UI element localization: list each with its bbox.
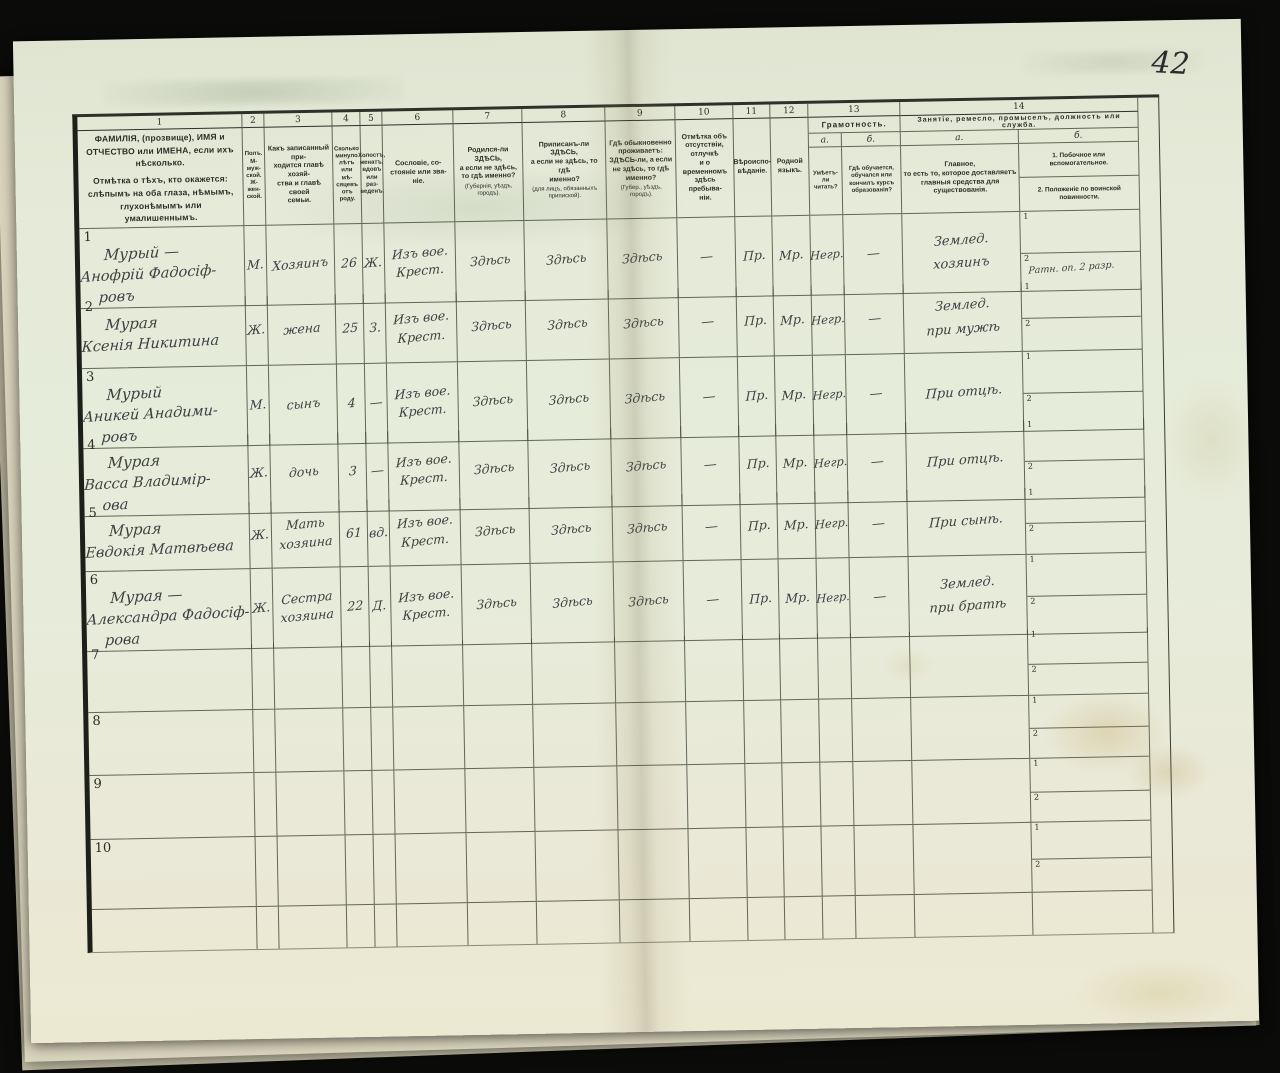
cell-literacy: Негр.	[812, 285, 846, 356]
cell-residence: Здѣсь	[609, 288, 680, 359]
cell-name: 9	[89, 773, 255, 840]
cell-marital: вд.	[367, 500, 390, 567]
cell-birthplace	[465, 768, 535, 833]
cell-marital	[371, 707, 394, 770]
cell-occupation: Землед.при братѣ	[909, 555, 1028, 637]
cell-estate: Изъ вое.Крест.	[391, 565, 463, 646]
cell-relation	[276, 771, 345, 836]
cell-relation: Хозяинъ	[266, 224, 335, 305]
cell-religion	[745, 763, 783, 828]
cell-registration	[535, 830, 619, 902]
cell-occupation	[910, 630, 1029, 698]
cell-literacy: Негр.	[817, 558, 851, 638]
cell-age: 26	[334, 224, 363, 304]
cell-residence: Здѣсь	[614, 561, 685, 642]
cell-side-occupation: 1 2	[1021, 280, 1142, 352]
col-number: 6	[382, 110, 453, 125]
col-number: 3	[264, 112, 332, 127]
header-residence: Гдѣ обыкновеннопроживаетъ:ЗДѢСЬ-ли, а ес…	[605, 120, 677, 219]
cell-estate	[394, 769, 466, 834]
cell-religion: Пр.	[742, 559, 780, 639]
cell-relation	[278, 835, 347, 906]
cell-name: 2 МураяКсенія Никитина	[81, 296, 247, 369]
cell-estate	[396, 833, 468, 904]
header-reads: Умѣетъ-личитать?	[809, 147, 843, 216]
header-occupation-main: Главное,то есть то, которое доставляетъг…	[901, 144, 1020, 214]
cell-name: 7	[87, 644, 253, 713]
cell-language	[781, 700, 820, 764]
cell-age	[346, 835, 375, 906]
cell-education: —	[843, 214, 903, 295]
cell-birthplace: Здѣсь	[455, 221, 525, 302]
cell-residence	[618, 829, 689, 900]
cell-estate: Изъ вое.Крест.	[386, 292, 458, 363]
cell-literacy	[821, 826, 855, 897]
cell-sex	[252, 644, 275, 710]
header-absence: Отмѣтка объотсутствіи, отлучкѣи о времен…	[675, 119, 735, 218]
cell-language: Мр.	[777, 492, 816, 560]
cell-marital: Ж.	[362, 224, 385, 304]
cell-registration: Здѣсь	[531, 562, 615, 643]
cell-side-occupation: 1 2	[1025, 486, 1146, 555]
cell-sex	[254, 773, 277, 837]
cell-relation	[274, 642, 343, 709]
cell-age	[342, 642, 371, 709]
cell-registration	[534, 766, 618, 832]
cell-occupation	[912, 759, 1031, 825]
folio-number: 42	[1151, 45, 1191, 82]
cell-literacy	[818, 633, 852, 700]
cell-language	[783, 827, 822, 898]
cell-language	[780, 634, 819, 701]
scanned-census-sheet: { "page": { "folio_number": "42" }, "tab…	[0, 0, 1280, 1073]
cell-registration: Здѣсь	[524, 219, 608, 300]
cell-birthplace: Здѣсь	[460, 497, 530, 565]
cell-relation: Матьхозяина	[271, 500, 340, 568]
cell-sex	[253, 710, 276, 773]
cell-name: 8	[88, 710, 254, 776]
header-language: Роднойязыкъ.	[770, 118, 810, 217]
cell-language: Мр.	[772, 216, 811, 296]
cell-residence: Здѣсь	[612, 494, 683, 562]
cell-name: 6 Мурая —Александра Фадосіф-рова	[86, 569, 252, 652]
cell-education	[852, 698, 912, 762]
cell-age	[343, 708, 372, 772]
cell-literacy	[820, 762, 854, 827]
cell-religion	[744, 700, 782, 764]
header-registration: Приписанъ-ли ЗДѢСЬ,а если не здѣсь, то г…	[523, 121, 608, 221]
header-religion: Вѣроиспо-вѣданіе.	[733, 118, 772, 217]
cell-estate	[393, 706, 465, 770]
cell-birthplace	[463, 639, 533, 706]
header-marital: Холостъ,женатъ,вдовъили раз-веденъ.	[361, 126, 385, 224]
cell-literacy	[819, 699, 853, 763]
cell-registration: Здѣсь	[526, 289, 610, 361]
cell-absence: —	[682, 493, 741, 561]
cell-age	[344, 771, 373, 836]
cell-registration	[532, 637, 616, 705]
col-number: 11	[733, 104, 770, 119]
cell-religion: Пр.	[735, 216, 773, 296]
cell-relation	[275, 708, 344, 772]
header-letter-a: а.	[809, 133, 842, 148]
cell-age: 22	[341, 567, 370, 647]
cell-sex: Ж.	[251, 569, 274, 649]
cell-side-occupation: 12	[1030, 757, 1151, 823]
header-sex: Полъ.М-муж-ской.Ж-жен-ской.	[243, 128, 267, 226]
cell-education: —	[850, 557, 910, 638]
cell-occupation: Землед.при мужѣ	[904, 282, 1023, 354]
cell-language: Мр.	[779, 559, 818, 639]
col-number: 9	[605, 106, 675, 121]
cell-sex: Ж.	[249, 502, 272, 569]
cell-sex	[256, 837, 279, 907]
cell-religion	[743, 634, 781, 701]
header-age: Сколькоминулолѣтъили мѣ-сяцевъотъ роду.	[333, 126, 363, 224]
cell-birthplace: Здѣсь	[457, 291, 527, 362]
cell-religion: Пр.	[737, 286, 775, 357]
cell-sex: Ж.	[246, 296, 269, 366]
cell-marital: З.	[364, 294, 387, 364]
cell-relation: жена	[268, 294, 337, 365]
cell-occupation	[913, 823, 1032, 895]
cell-age: 25	[336, 294, 365, 365]
cell-literacy: Негр.	[810, 215, 844, 295]
cell-education: —	[848, 490, 908, 558]
header-names: ФАМИЛІЯ, (прозвище), ИМЯ и ОТЧЕСТВО или …	[78, 128, 245, 229]
cell-side-occupation: 1 2	[1027, 553, 1148, 635]
cell-occupation	[911, 696, 1030, 761]
cell-registration	[533, 703, 617, 768]
cell-marital	[370, 641, 393, 707]
cell-age: 61	[339, 500, 368, 568]
col-number: 5	[360, 112, 382, 126]
cell-absence	[685, 635, 744, 702]
cell-absence	[687, 764, 746, 829]
cell-sex: М.	[244, 226, 267, 306]
header-estate: Сословіе, со-стояніе или зва-ніе.	[383, 124, 456, 223]
cell-absence: —	[684, 560, 743, 641]
header-education: Гдѣ обучается,обучался иликончилъ курсъо…	[842, 146, 902, 215]
table-header: 1 2 3 4 5 6 7 8 9 10 11 12 13 14 ФАМИЛІЯ…	[77, 97, 1160, 229]
cell-residence	[616, 702, 687, 766]
col-number: 8	[522, 107, 605, 123]
cell-side-occupation: 12	[1029, 694, 1150, 759]
cell-occupation: При сынѣ.	[907, 488, 1026, 557]
cell-absence: —	[677, 217, 736, 298]
cell-language	[782, 763, 821, 828]
cell-absence	[686, 701, 745, 765]
cell-education	[854, 825, 914, 896]
cell-registration: Здѣсь	[529, 495, 613, 564]
cell-residence: Здѣсь	[607, 218, 678, 299]
cell-residence	[617, 765, 688, 830]
cell-side-occupation: 12	[1028, 628, 1149, 696]
bleedthrough-smudge	[104, 76, 404, 107]
cell-marital	[374, 834, 397, 904]
col-number: 10	[675, 105, 733, 120]
cell-estate: Изъ вое.Крест.	[389, 498, 461, 566]
cell-religion	[746, 827, 784, 898]
cell-birthplace	[467, 832, 537, 903]
cell-absence	[688, 828, 747, 899]
cell-birthplace	[464, 705, 534, 769]
cell-education: —	[845, 284, 905, 355]
header-letter-b: б.	[842, 132, 901, 147]
cell-estate	[392, 640, 464, 707]
header-relation: Какъ записанный при-ходится главѣ хозяй-…	[265, 126, 335, 225]
cell-name: 5 МураяЕвдокія Матвѣева	[84, 502, 250, 572]
cell-relation: Сестрахозяина	[273, 567, 342, 648]
census-table: 1 2 3 4 5 6 7 8 9 10 11 12 13 14 ФАМИЛІЯ…	[72, 94, 1174, 953]
header-literacy-group: Грамотность.	[808, 116, 900, 134]
cell-literacy: Негр.	[815, 491, 849, 559]
cell-religion: Пр.	[740, 492, 778, 560]
cell-residence	[615, 636, 686, 703]
col-number: 7	[453, 109, 522, 124]
header-occupation-side: 1. Побочное или вспомогательное. 2. Поло…	[1019, 142, 1140, 212]
cell-estate: Изъ вое.Крест.	[384, 222, 456, 303]
cell-marital	[372, 770, 395, 834]
cell-marital: Д.	[369, 567, 392, 647]
cell-side-occupation: 12	[1031, 821, 1152, 893]
col-number: 2	[242, 114, 264, 128]
cell-birthplace: Здѣсь	[462, 564, 532, 645]
census-sheet-paper: 42 1 2 3 4 5 6 7 8 9 10 11 12 13 14 ФАМИ…	[13, 19, 1259, 1043]
cell-name: 10	[91, 837, 257, 910]
cell-language: Мр.	[774, 286, 813, 357]
cell-education	[853, 761, 913, 826]
cell-absence: —	[679, 287, 738, 358]
col-number: 4	[332, 112, 360, 127]
cell-education	[851, 632, 911, 699]
header-birthplace: Родился-ли ЗДѢСЬ,а если не здѣсь,то гдѣ …	[454, 123, 525, 222]
col-number: 12	[770, 104, 808, 119]
